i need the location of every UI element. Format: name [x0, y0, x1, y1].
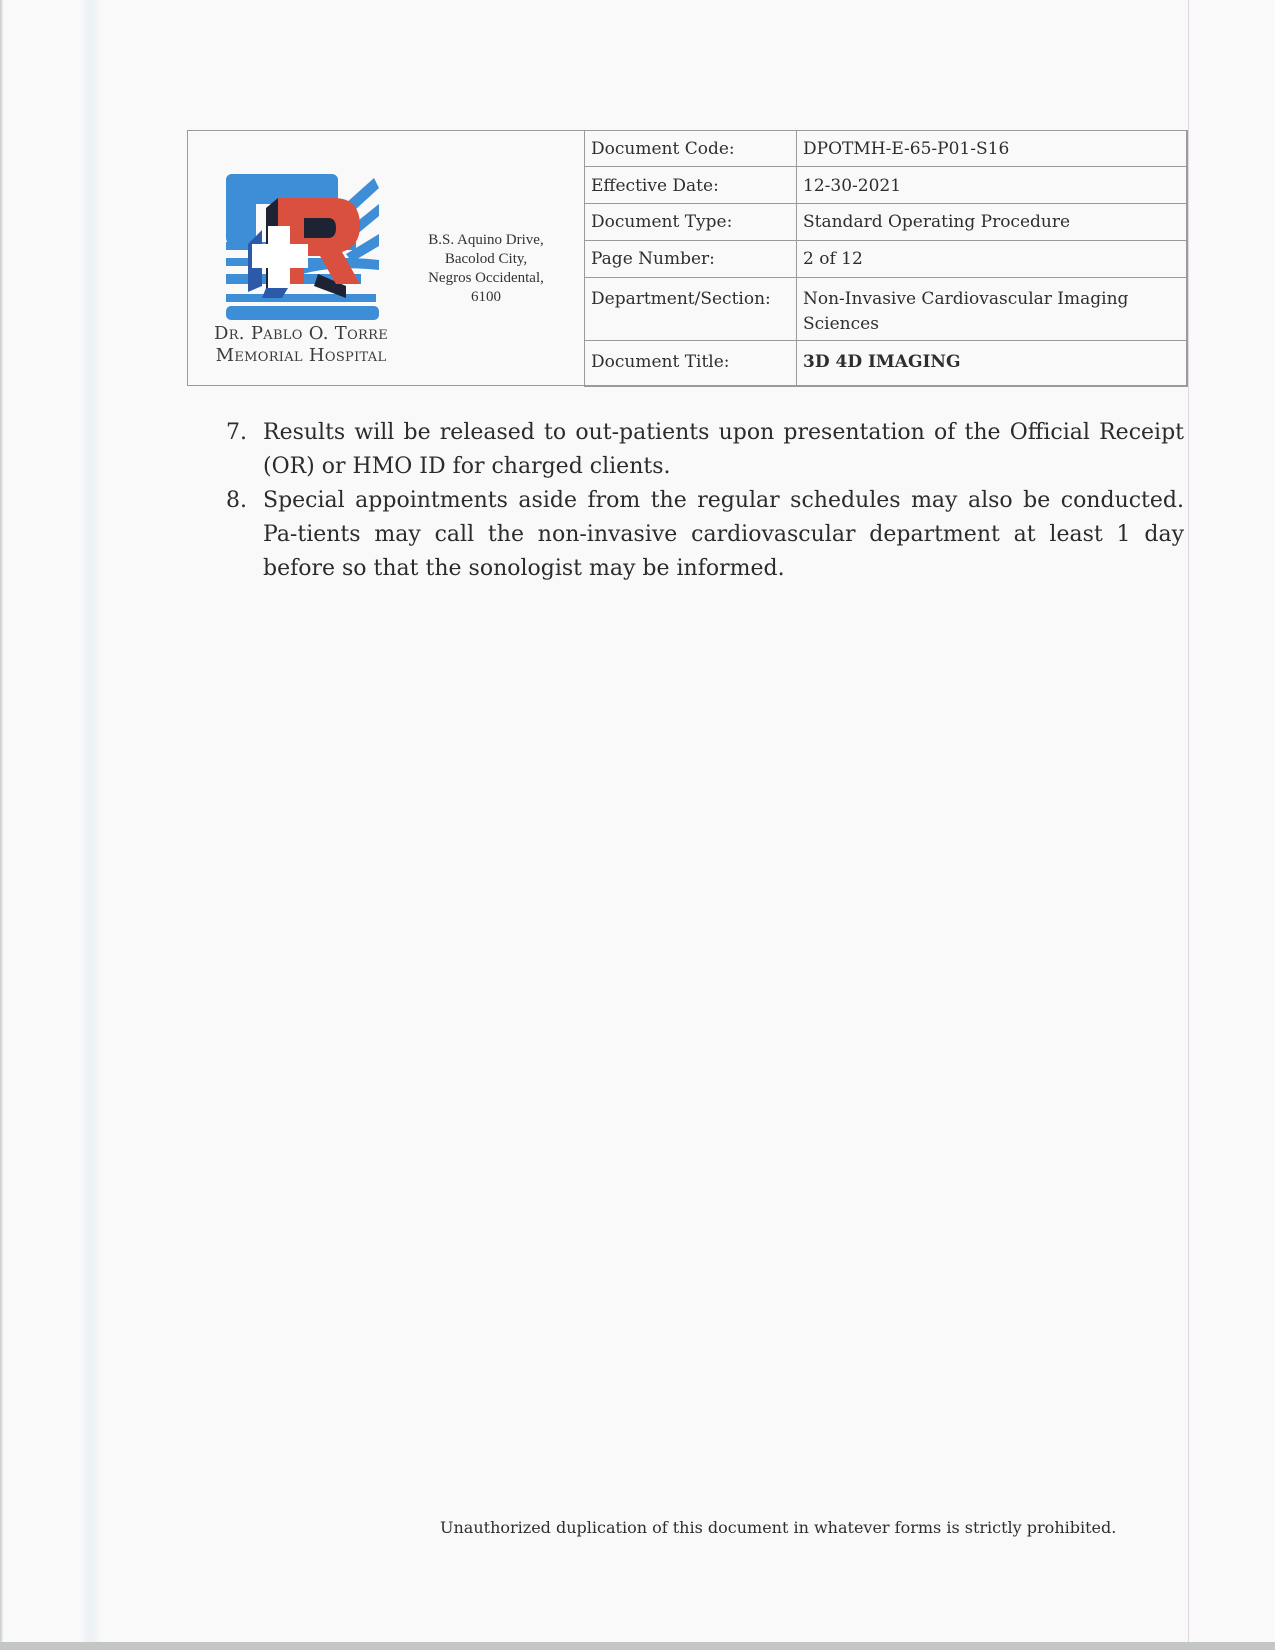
info-label: Document Title: — [585, 341, 797, 387]
info-row-department: Department/Section: Non-Invasive Cardiov… — [585, 278, 1188, 341]
address-line: 6100 — [416, 288, 556, 303]
hospital-name-line2: Memorial Hospital — [196, 345, 406, 367]
step-text: Results will be released to out-patients… — [263, 420, 1184, 479]
logo-area: Dr. Pablo O. Torre Memorial Hospital B.S… — [188, 131, 585, 385]
address-line: Negros Occidental, — [416, 269, 556, 288]
info-label: Document Code: — [585, 131, 797, 167]
info-label: Department/Section: — [585, 278, 797, 341]
procedure-steps: 7. Results will be released to out-patie… — [226, 416, 1184, 586]
document-info-table: Document Code: DPOTMH-E-65-P01-S16 Effec… — [584, 130, 1188, 387]
info-value: 2 of 12 — [797, 241, 1188, 278]
step-text: Special appointments aside from the regu… — [263, 488, 1184, 581]
info-label: Page Number: — [585, 241, 797, 278]
hospital-name-line1: Dr. Pablo O. Torre — [196, 323, 406, 345]
address-line: Bacolod City, — [416, 250, 556, 269]
scan-shade — [80, 0, 102, 1642]
scan-edge — [0, 0, 3, 1642]
info-row-document-type: Document Type: Standard Operating Proced… — [585, 204, 1188, 241]
info-value: DPOTMH-E-65-P01-S16 — [797, 131, 1188, 167]
info-value: Non-Invasive Cardiovascular Imaging Scie… — [797, 278, 1188, 341]
address-line: B.S. Aquino Drive, — [416, 231, 556, 250]
page-edge-line — [1188, 0, 1189, 1642]
step-number: 8. — [226, 484, 247, 518]
document-title: 3D 4D IMAGING — [797, 341, 1188, 387]
info-row-effective-date: Effective Date: 12-30-2021 — [585, 167, 1188, 204]
step-number: 7. — [226, 416, 247, 450]
step-item: 8. Special appointments aside from the r… — [226, 484, 1184, 586]
info-row-document-title: Document Title: 3D 4D IMAGING — [585, 341, 1188, 387]
scan-bottom-strip — [0, 1642, 1275, 1650]
info-row-page-number: Page Number: 2 of 12 — [585, 241, 1188, 278]
hospital-name: Dr. Pablo O. Torre Memorial Hospital — [196, 323, 406, 367]
footer-notice: Unauthorized duplication of this documen… — [440, 1518, 1140, 1537]
info-value: Standard Operating Procedure — [797, 204, 1188, 241]
hospital-logo-icon — [226, 174, 379, 321]
info-label: Document Type: — [585, 204, 797, 241]
hospital-address: B.S. Aquino Drive, Bacolod City, Negros … — [416, 231, 556, 303]
info-label: Effective Date: — [585, 167, 797, 204]
document-header: Dr. Pablo O. Torre Memorial Hospital B.S… — [187, 130, 1187, 386]
step-item: 7. Results will be released to out-patie… — [226, 416, 1184, 484]
info-row-document-code: Document Code: DPOTMH-E-65-P01-S16 — [585, 131, 1188, 167]
info-value: 12-30-2021 — [797, 167, 1188, 204]
